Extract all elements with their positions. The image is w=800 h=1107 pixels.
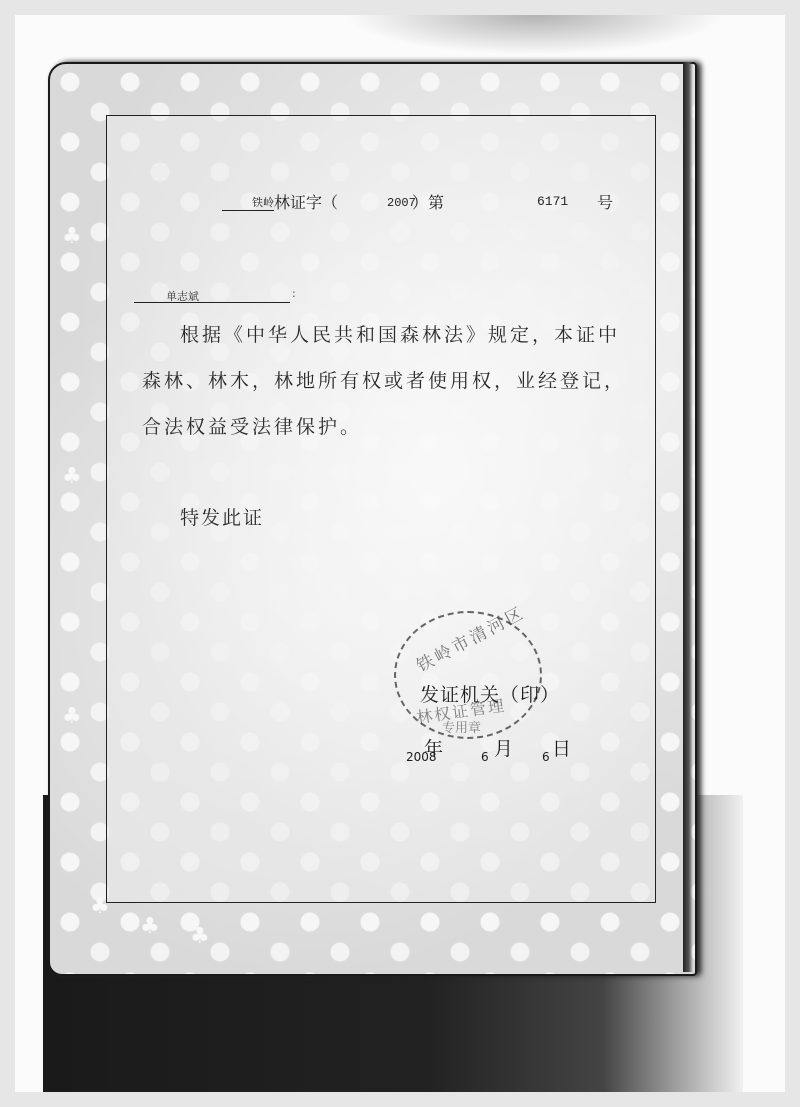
special-issue-text: 特发此证 [180, 503, 264, 530]
issue-date: 2008 年 6 月 6 日 [406, 734, 586, 770]
tree-pattern-icon: ♣ [62, 224, 82, 249]
tree-pattern-icon: ♣ [62, 464, 82, 489]
scan-smudge [345, 15, 725, 55]
date-year-label: 年 [424, 734, 443, 761]
body-paragraph: 根据《中华人民共和国森林法》规定，本证中森林、林木，林地所有权或者使用权，业经登… [142, 312, 632, 450]
certificate-type: 林证字（ [274, 190, 338, 213]
certificate-edge-shadow [683, 62, 693, 972]
issuer-prefix: 铁岭 [222, 194, 274, 211]
tree-pattern-icon: ♣ [140, 914, 160, 939]
holder-colon: : [292, 287, 296, 300]
certificate-di: ）第 [412, 190, 444, 213]
certificate-number-line: 铁岭 林证字（ 2007 ）第 6171 号 [222, 190, 622, 214]
tree-pattern-icon: ♣ [190, 924, 210, 949]
issuing-authority-label: 发证机关（印） [420, 680, 560, 707]
date-day: 6 [542, 750, 550, 764]
date-month-label: 月 [494, 734, 513, 761]
date-month: 6 [481, 750, 489, 764]
certificate-suffix: 号 [597, 190, 613, 213]
official-seal: 铁岭市清河区 林权证管理 专用章 [394, 611, 542, 739]
tree-pattern-icon: ♣ [62, 704, 82, 729]
certificate-number: 6171 [537, 194, 568, 209]
date-day-label: 日 [552, 734, 571, 761]
holder-name: 单志斌 [134, 288, 290, 303]
